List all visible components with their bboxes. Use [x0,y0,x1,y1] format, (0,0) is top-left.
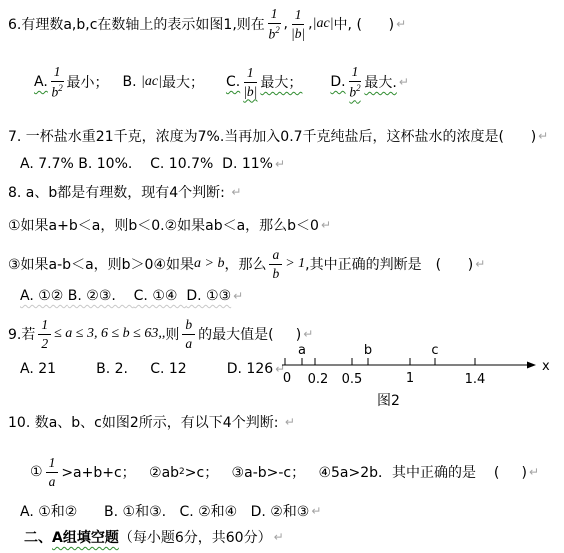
q10-judgments-rest: >c； ③a-b>-c； ④5a>2b．其中正确的是 ( ) [185,462,527,482]
fraction-numerator: a [269,247,282,265]
paragraph-return-icon: ↵ [321,218,331,232]
q6-option-b-text: 最大； [162,72,204,92]
q8-judgments-34-line: ③如果a-b＜a，则b＞0 ④如果 a > b ，那么 ab > 1 ,其中正确… [8,242,485,286]
q6-fraction-1-over-abs-b: 1|b| [291,7,305,41]
q6-separator: , [284,16,288,32]
paragraph-return-icon: ↵ [311,504,321,518]
q10-judgments-middle: >a+b+c； ②ab [61,462,179,482]
q6-option-d-label: D. [330,74,345,90]
paragraph-return-icon: ↵ [475,257,485,271]
tick-label-1: 1 [406,371,414,386]
paragraph-return-icon: ↵ [231,185,241,199]
tick-label-1.4: 1.4 [465,372,486,387]
q10-judgments-line: ① 1a >a+b+c； ②ab 2 >c； ③a-b>-c； ④5a>2b．其… [30,449,539,495]
q8-judgments-12-text: ①如果a+b＜a，则b＜0.②如果ab＜a，那么b＜0 [8,215,319,235]
fraction-denominator: a [49,473,56,490]
q9-fraction-b-over-a: ba [182,317,195,351]
q6-option-c-fraction: 1|b| [243,65,257,99]
paragraph-return-icon: ↵ [233,289,243,303]
q9-fraction-1-over-2: 12 [38,317,51,351]
fraction-denominator: a [185,335,192,352]
q8-stem-text: 8. a、b都是有理数，现有4个判断: [8,182,229,202]
section-header-line: 二、 A组填空题 （每小题6分，共60分） ↵ [24,527,284,547]
q9-stem-prefix: 9.若 [8,324,35,344]
paragraph-return-icon: ↵ [274,530,284,544]
fraction-denominator: b2 [349,82,360,100]
paragraph-return-icon: ↵ [303,327,313,341]
section-title: A组填空题 [52,527,119,547]
tick-label-0.2: 0.2 [308,372,329,387]
q10-stem-text: 10. 数a、b、c如图2所示，有以下4个判断: [8,412,283,432]
q9-options-text: A. 21 B. 2. C. 12 D. 126 [20,361,273,377]
q6-fraction-1-over-b2: 1b2 [268,6,281,42]
q8-judgment-4-suffix: ,其中正确的判断是 ( ) [305,254,473,274]
fraction-den-exponent: 2 [58,83,63,93]
q9-options-line: A. 21 B. 2. C. 12 D. 126 ↵ [20,361,285,377]
fraction-denominator: |b| [291,25,305,42]
point-label-c: c [431,343,438,358]
fraction-denominator: b [272,265,279,282]
fraction-den-exponent: 2 [275,25,280,35]
q9-inequality-math: ≤ a ≤ 3, 6 ≤ b ≤ 63,, [54,326,165,342]
fraction-numerator: 1 [51,64,64,82]
q8-fraction-a-over-b: ab [269,247,282,281]
q8-judgment-4-middle: ，那么 [224,254,266,274]
q6-option-a-label: A. [34,74,48,90]
figure2-caption: 图2 [377,390,400,410]
q6-stem-text: 6.有理数a,b,c在数轴上的表示如图1,则在 [8,14,265,34]
q6-option-a-fraction: 1b2 [51,64,64,100]
q8-judgment-4-math-gt-1: > 1 [285,256,305,272]
fraction-numerator: 1 [292,7,305,25]
fraction-numerator: 1 [268,6,281,24]
q10-options-text: A. ①和② B. ①和③. C. ②和④ D. ②和③ [20,501,309,521]
fraction-denominator: |b| [243,83,257,100]
q8-judgment-3-text: ③如果a-b＜a，则b＞0 [8,254,153,274]
fraction-numerator: 1 [244,65,257,83]
q6-option-b-label: B. [123,74,142,90]
point-label-a: a [298,343,306,358]
q6-option-c-text: 最大； [260,72,302,92]
axis-label-x: x [542,359,550,374]
section-note: （每小题6分，共60分） [119,527,272,547]
fraction-numerator: b [182,317,195,335]
q6-option-d-text: 最大. [364,72,396,92]
q6-option-c-label: C. [226,74,240,90]
q7-stem-line: 7. 一杯盐水重21千克，浓度为7%.当再加入0.7千克纯盐后，这杯盐水的浓度是… [8,126,548,146]
q6-option-a-text: 最小； [67,72,109,92]
q8-stem-line: 8. a、b都是有理数，现有4个判断: ↵ [8,182,241,202]
q9-stem-line: 9.若 12 ≤ a ≤ 3, 6 ≤ b ≤ 63,, 则 ba 的最大值是(… [8,310,313,358]
q10-fraction-1-over-a: 1a [46,455,59,489]
axis-arrowhead-icon [527,362,536,369]
fraction-denominator: b2 [269,24,280,42]
fraction-numerator: 1 [38,317,51,335]
q6-stem-line: 6.有理数a,b,c在数轴上的表示如图1,则在 1b2 , 1|b| , |ac… [8,2,406,46]
fraction-numerator: 1 [349,64,362,82]
q6-options-line: A. 1b2 最小； B. |ac| 最大； C. 1|b| 最大； D. 1b… [34,57,409,107]
q8-options-line: A. ①② B. ②③. C. ①④ D. ①③ ↵ [20,288,243,304]
q7-options-line: A. 7.7% B. 10%. C. 10.7% D. 11% ↵ [20,156,285,172]
q6-option-d-fraction: 1b2 [349,64,362,100]
fraction-denominator: 2 [41,335,48,352]
q8-judgment-4-prefix: ④如果 [153,254,194,274]
q10-judgment-1-prefix: ① [30,464,43,480]
point-label-b: b [364,343,372,358]
paragraph-return-icon: ↵ [285,415,295,429]
paragraph-return-icon: ↵ [538,129,548,143]
q6-stem-suffix: 中, ( ) [334,14,395,34]
fraction-den-exponent: 2 [356,83,361,93]
paragraph-return-icon: ↵ [529,465,539,479]
q10-options-line: A. ①和② B. ①和③. C. ②和④ D. ②和③ ↵ [20,501,321,521]
tick-label-0: 0 [283,371,291,386]
figure2-number-line: a b c 0 0.2 0.5 1 1.4 x [278,341,560,391]
fraction-numerator: 1 [46,455,59,473]
q10-stem-line: 10. 数a、b、c如图2所示，有以下4个判断: ↵ [8,412,295,432]
q8-judgment-4-math-a-gt-b: a > b [194,256,224,272]
q8-option-c: C. ①④ [134,288,187,304]
number-line-svg: a b c 0 0.2 0.5 1 1.4 x [278,341,560,387]
q8-option-d: D. ①③ [186,288,231,304]
tick-label-0.5: 0.5 [342,372,363,387]
q8-option-b: B. ②③. [68,288,134,304]
paragraph-return-icon: ↵ [396,17,406,31]
q7-options-text: A. 7.7% B. 10%. C. 10.7% D. 11% [20,156,273,172]
section-number: 二、 [24,527,52,547]
q6-option-b-math: |ac| [141,74,162,90]
document-page: 6.有理数a,b,c在数轴上的表示如图1,则在 1b2 , 1|b| , |ac… [0,0,564,553]
q8-judgments-12-line: ①如果a+b＜a，则b＜0.②如果ab＜a，那么b＜0 ↵ [8,215,331,235]
q7-stem-text: 7. 一杯盐水重21千克，浓度为7%.当再加入0.7千克纯盐后，这杯盐水的浓度是… [8,126,536,146]
paragraph-return-icon: ↵ [399,75,409,89]
fraction-denominator: b2 [52,82,63,100]
q8-option-a: A. ①② [20,288,68,304]
q6-abs-ac: |ac| [313,16,334,32]
q9-stem-middle: 则 [165,324,179,344]
paragraph-return-icon: ↵ [275,157,285,171]
